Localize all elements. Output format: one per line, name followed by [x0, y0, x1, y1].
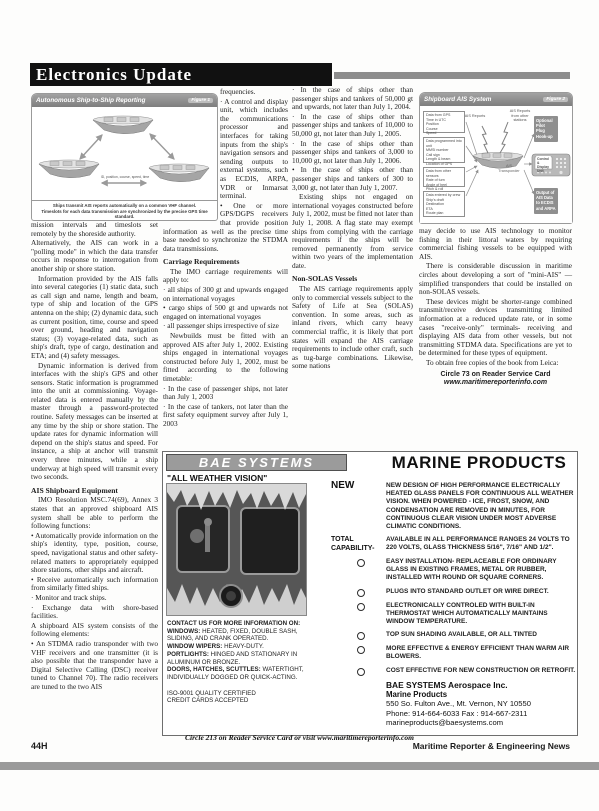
fig2-data-box-programmed: Data programmed into unit MMSI number Ca… [423, 137, 465, 163]
ad-address-block: BAE SYSTEMS Aerospace Inc. Marine Produc… [386, 681, 576, 727]
bullet-item: · Monitor and track ships. [31, 594, 158, 603]
figure-2-tag: Figure 2 [543, 97, 568, 102]
feature-row: TOP SUN SHADING AVAILABLE, OR ALL TINTED [331, 631, 576, 640]
bullet-item: · In the case of passenger ships, not la… [163, 385, 288, 402]
paragraph: To obtain free copies of the book from L… [419, 359, 572, 368]
paragraph: Dynamic information is derived from inte… [31, 362, 158, 482]
paragraph: The AIS carriage requirements apply only… [292, 285, 413, 371]
feature-text: MORE EFFECTIVE & ENERGY EFFICIENT THAN W… [386, 645, 576, 661]
article-column-1: mission intervals and timeslots set remo… [31, 221, 158, 692]
circle-marker-icon [331, 667, 386, 676]
article-column-2: frequencies. · A control and display uni… [163, 88, 288, 430]
paragraph: mission intervals and timeslots set remo… [31, 221, 158, 238]
street-address: 550 So. Fulton Ave., Mt. Vernon, NY 1055… [386, 699, 576, 708]
feature-text: COST EFFECTIVE FOR NEW CONSTRUCTION OR R… [386, 667, 576, 676]
feature-text: EASY INSTALLATION- REPLACEABLE FOR ORDIN… [386, 558, 576, 583]
contact-label: PORTLIGHTS: [167, 651, 209, 658]
circle-marker-icon [331, 645, 386, 661]
article-column-3: · In the case of ships other than passen… [292, 86, 413, 372]
feature-text: TOP SUN SHADING AVAILABLE, OR ALL TINTED [386, 631, 576, 640]
paragraph: Alternatively, the AIS can work in a "po… [31, 239, 158, 273]
section-heading: Non-SOLAS Vessels [292, 275, 413, 284]
feature-text: ELECTRONICALLY CONTROLED WITH BUILT-IN T… [386, 602, 576, 627]
bullet-item: · In the case of ships other than passen… [292, 86, 413, 112]
paragraph: IMO Resolution MSC.74(69), Annex 3 state… [31, 496, 158, 530]
section-heading: Carriage Requirements [163, 258, 288, 267]
company-name: BAE SYSTEMS Aerospace Inc. [386, 681, 576, 690]
icy-windows-illustration [167, 484, 306, 615]
spacer [167, 682, 317, 690]
contact-line: WINDOW WIPERS: HEAVY-DUTY. [167, 643, 317, 651]
feature-text: PLUGS INTO STANDARD OUTLET OR WIRE DIREC… [386, 588, 576, 597]
contact-label: DOORS, HATCHES, SCUTTLES: [167, 666, 261, 673]
bullet-item: · In the case of ships other than passen… [292, 140, 413, 166]
ais-transponder-label: AIS Transponder [494, 164, 524, 173]
figure-2-header: Shipboard AIS System Figure 2 [420, 93, 572, 106]
feature-row: PLUGS INTO STANDARD OUTLET OR WIRE DIREC… [331, 588, 576, 597]
contact-heading: CONTACT US FOR MORE INFORMATION ON: [167, 620, 317, 628]
ais-reports-label: AIS Reports [462, 114, 488, 119]
bullet-item: • Receive automatically such information… [31, 576, 158, 593]
circle-marker-icon [331, 631, 386, 640]
reader-service-cta: Circle 73 on Reader Service Card [419, 371, 572, 380]
bae-systems-logo: BAE SYSTEMS [166, 454, 347, 471]
total-capability-label: TOTAL CAPABILITY- [331, 536, 386, 553]
paragraph: There is considerable discussion in mari… [419, 262, 572, 296]
phone-fax-line: Phone: 914-664-6033 Fax : 914-667-2311 [386, 709, 576, 718]
bullet-item: · In the case of ships other than passen… [292, 113, 413, 139]
circle-marker-icon [331, 558, 386, 583]
feature-text: AVAILABLE IN ALL PERFORMANCE RANGES 24 V… [386, 536, 576, 553]
credit-cards-line: CREDIT CARDS ACCEPTED [167, 697, 317, 705]
feature-row: ELECTRONICALLY CONTROLED WITH BUILT-IN T… [331, 602, 576, 627]
ad-photo [166, 483, 307, 616]
website-link[interactable]: www.maritimereporterinfo.com [419, 379, 572, 388]
circle-marker-icon [331, 602, 386, 627]
ad-feature-list: NEW NEW DESIGN OF HIGH PERFORMANCE ELECT… [331, 482, 576, 727]
contact-label: WINDOWS: [167, 628, 200, 635]
bullet-item: · all passenger ships irrespective of si… [163, 322, 288, 331]
contact-line: WINDOWS: HEATED, FIXED, DOUBLE SASH, SLI… [167, 628, 317, 643]
article-column-4: may decide to use AIS technology to moni… [419, 227, 572, 388]
figure-2-body: AIS Reports AIS Reports from other stati… [420, 106, 572, 223]
paragraph: These devices might be shorter-range com… [419, 298, 572, 358]
paragraph: A shipboard AIS system consists of the f… [31, 622, 158, 639]
section-banner: Electronics Update [30, 63, 332, 86]
bae-marine-products-ad: BAE SYSTEMS MARINE PRODUCTS "ALL WEATHER… [162, 451, 578, 736]
radio-bolt-icon [482, 126, 488, 153]
footer-rule [0, 762, 599, 770]
figure-2-title: Shipboard AIS System [424, 96, 491, 103]
feature-row: COST EFFECTIVE FOR NEW CONSTRUCTION OR R… [331, 667, 576, 676]
contact-text: HEAVY-DUTY. [222, 643, 264, 650]
division-name: Marine Products [386, 690, 576, 699]
header-rule [334, 72, 570, 79]
contact-label: WINDOW WIPERS: [167, 643, 222, 650]
ship-icon [39, 160, 99, 178]
feature-row: TOTAL CAPABILITY- AVAILABLE IN ALL PERFO… [331, 536, 576, 553]
arrow-data-label: ID, position, course, speed, time [96, 175, 154, 180]
new-label: NEW [331, 482, 386, 531]
paragraph: Existing ships not engaged on internatio… [292, 193, 413, 270]
bullet-item: · Exchange data with shore-based facilit… [31, 604, 158, 621]
fig2-data-box-sensors: Data from other sensors Rate of turn Ang… [423, 167, 465, 187]
paragraph: Information provided by the AIS falls in… [31, 275, 158, 361]
feature-row: NEW NEW DESIGN OF HIGH PERFORMANCE ELECT… [331, 482, 576, 531]
bullet-item: • In the case of ships other than passen… [292, 166, 413, 192]
bullet-item: • Automatically provide information on t… [31, 532, 158, 575]
feature-row: MORE EFFECTIVE & ENERGY EFFICIENT THAN W… [331, 645, 576, 661]
email-link[interactable]: marineproducts@baesystems.com [386, 718, 576, 727]
radio-bolt-icon [500, 122, 508, 153]
figure-2: Shipboard AIS System Figure 2 [419, 92, 573, 224]
marine-products-title: MARINE PRODUCTS [381, 453, 577, 473]
figure-wrap-spacer [163, 88, 220, 221]
section-heading: AIS Shipboard Equipment [31, 487, 158, 496]
magazine-page: Electronics Update Autonomous Ship-to-Sh… [0, 0, 599, 811]
fig2-control-display-label: Control & Display Unit [536, 156, 551, 168]
report-arrow [80, 135, 102, 159]
contact-line: DOORS, HATCHES, SCUTTLES: WATERTIGHT, IN… [167, 666, 317, 681]
fig2-data-box-crew: Data entered by crew Ship's draft Destin… [423, 191, 465, 217]
ad-contact-block: CONTACT US FOR MORE INFORMATION ON: WIND… [167, 620, 317, 705]
fig2-pilot-plug-box: Optional Pilot Plug Hook-up [534, 116, 558, 142]
all-weather-vision-label: "ALL WEATHER VISION" [167, 473, 267, 483]
bullet-item: • An STDMA radio transponder with two VH… [31, 640, 158, 692]
feature-row: EASY INSTALLATION- REPLACEABLE FOR ORDIN… [331, 558, 576, 583]
paragraph: Newbuilds must be fitted with an approve… [163, 332, 288, 384]
bullet-item: • cargo ships of 500 gt and upwards not … [163, 304, 288, 321]
fig2-output-box: Output of AIS Data to ECDIS and ARPA [534, 188, 558, 214]
publication-name: Maritime Reporter & Engineering News [413, 741, 570, 751]
fig2-data-box-gps: Data from GPS Time in UTC Position Cours… [423, 111, 465, 133]
contact-line: PORTLIGHTS: HINGED AND STATIONARY IN ALU… [167, 651, 317, 666]
page-number: 44H [31, 741, 48, 751]
bullet-item: · In the case of tankers, not later than… [163, 403, 288, 429]
figure-1-title: Autonomous Ship-to-Ship Reporting [36, 97, 145, 104]
paragraph: may decide to use AIS technology to moni… [419, 227, 572, 261]
ship-icon [93, 116, 153, 134]
feature-text: NEW DESIGN OF HIGH PERFORMANCE ELECTRICA… [386, 482, 576, 531]
circle-marker-icon [331, 588, 386, 597]
ais-reports-other-label: AIS Reports from other stations [504, 109, 536, 123]
iso-certified-line: ISO-9001 QUALITY CERTIFIED [167, 690, 317, 698]
paragraph: The IMO carriage requirements will apply… [163, 268, 288, 285]
bullet-item: · all ships of 300 gt and upwards engage… [163, 286, 288, 303]
